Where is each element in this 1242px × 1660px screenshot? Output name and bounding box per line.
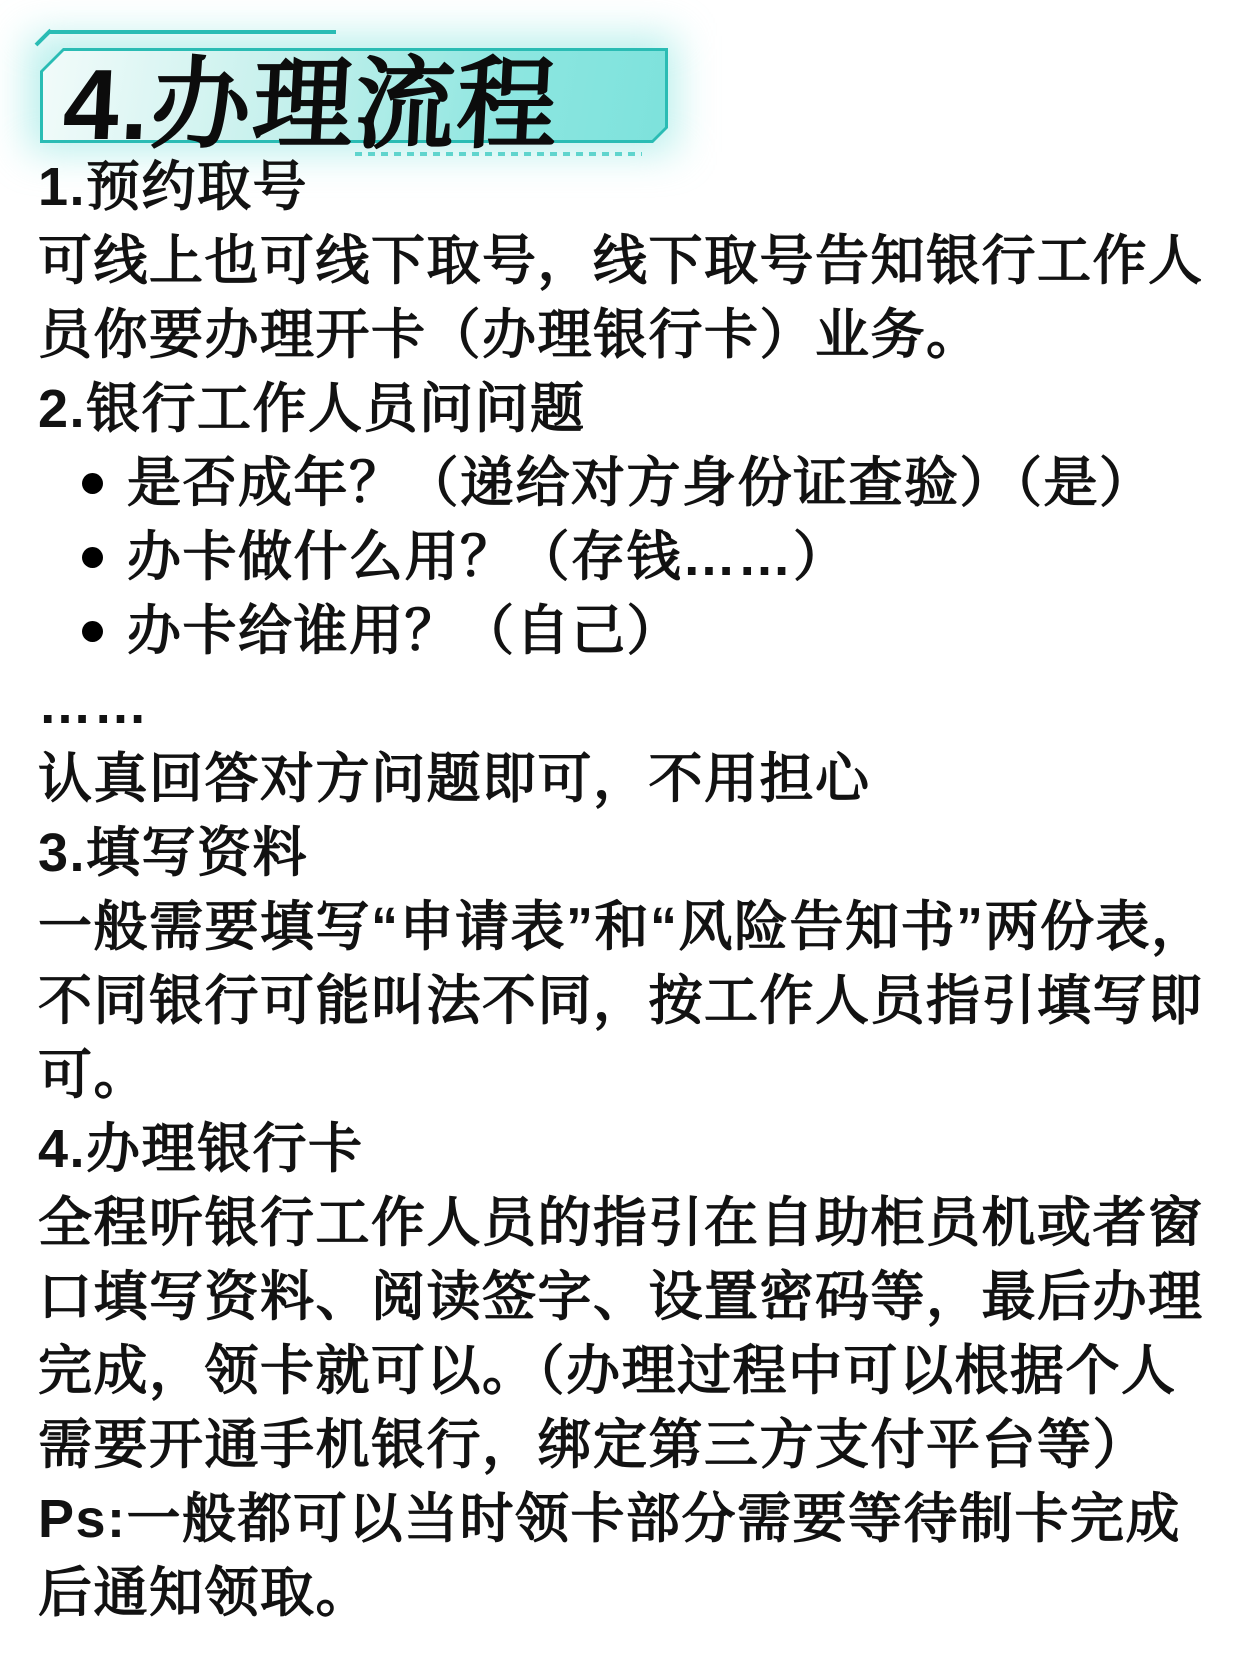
- bullet-dot-icon: [82, 547, 103, 568]
- step1-paragraph: 可线上也可线下取号，线下取号告知银行工作人员你要办理开卡（办理银行卡）业务。: [38, 224, 1216, 372]
- bullet-item-text: 办卡给谁用？（自己）: [127, 594, 682, 668]
- step4-paragraph: 全程听银行工作人员的指引在自助柜员机或者窗口填写资料、阅读签字、设置密码等，最后…: [38, 1186, 1216, 1482]
- step4-heading: 4.办理银行卡: [38, 1112, 1216, 1186]
- bullet-item: 是否成年？（递给对方身份证查验）（是）: [38, 446, 1216, 520]
- step1-heading: 1.预约取号: [38, 150, 1216, 224]
- article-body: 1.预约取号 可线上也可线下取号，线下取号告知银行工作人员你要办理开卡（办理银行…: [38, 150, 1216, 1630]
- bullet-item-text: 是否成年？（递给对方身份证查验）（是）: [127, 446, 1155, 520]
- step2-heading: 2.银行工作人员问问题: [38, 372, 1216, 446]
- bullet-dot-icon: [82, 473, 103, 494]
- step2-note: 认真回答对方问题即可，不用担心: [38, 742, 1216, 816]
- bullet-item: 办卡给谁用？（自己）: [38, 594, 1216, 668]
- bullet-item-text: 办卡做什么用？（存钱……）: [127, 520, 849, 594]
- ellipsis-line: ……: [38, 668, 1216, 742]
- step3-heading: 3.填写资料: [38, 816, 1216, 890]
- page-title: 4.办理流程: [62, 48, 647, 143]
- step3-paragraph: 一般需要填写“申请表”和“风险告知书”两份表，不同银行可能叫法不同，按工作人员指…: [38, 890, 1216, 1112]
- bullet-dot-icon: [82, 621, 103, 642]
- step4-postscript: Ps:一般都可以当时领卡部分需要等待制卡完成后通知领取。: [38, 1482, 1216, 1630]
- bullet-item: 办卡做什么用？（存钱……）: [38, 520, 1216, 594]
